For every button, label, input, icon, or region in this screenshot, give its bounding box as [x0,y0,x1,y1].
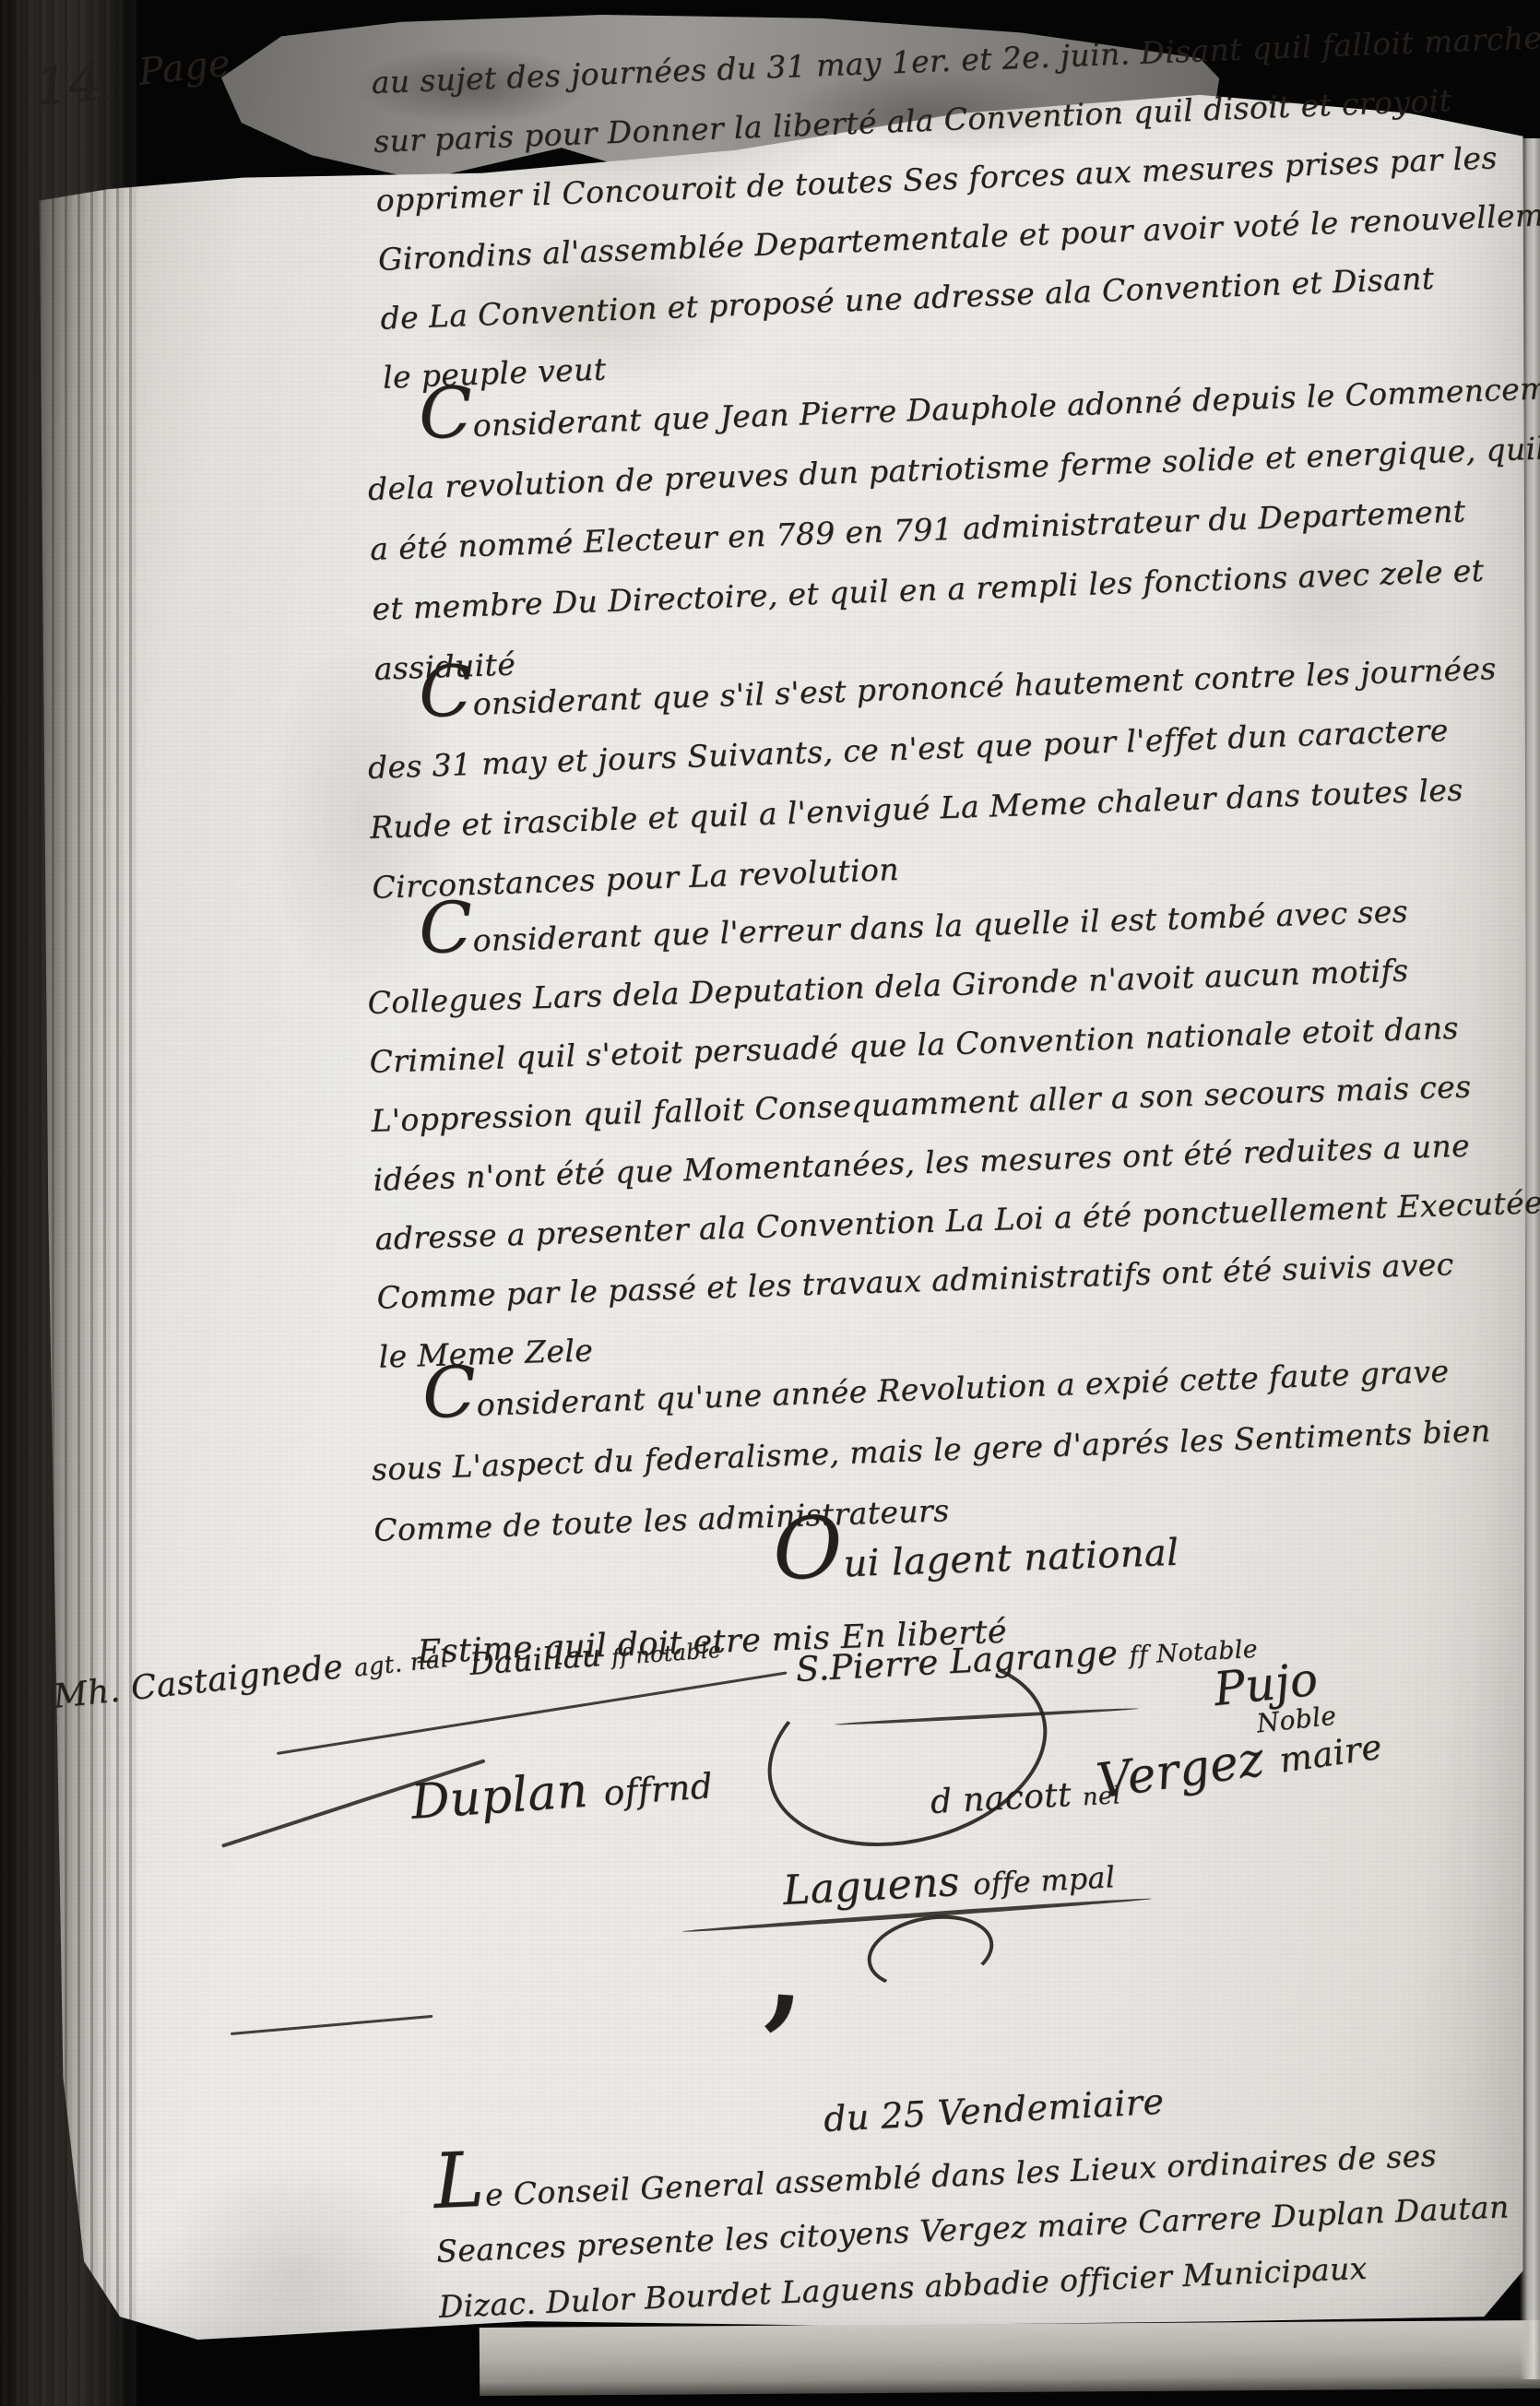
paragraph-continuation: au sujet des journées du 31 may 1er. et … [371,18,1540,418]
page-number: 14. [33,52,121,117]
signature-title: offrnd [602,1765,714,1813]
book-binding [0,0,138,2406]
page-number-label: Page [136,42,232,94]
scanned-register-page: 14. Page au sujet des journées du 31 may… [0,0,1540,2406]
paragraph-considerant-3: Considerant que l'erreur dans la quelle … [365,889,1540,1398]
paragraph-considerant-2: Considerant que s'il s'est prononcé haut… [365,650,1504,930]
signature-name: Laguens [782,1858,961,1914]
signature-title: offe mpal [972,1861,1116,1902]
